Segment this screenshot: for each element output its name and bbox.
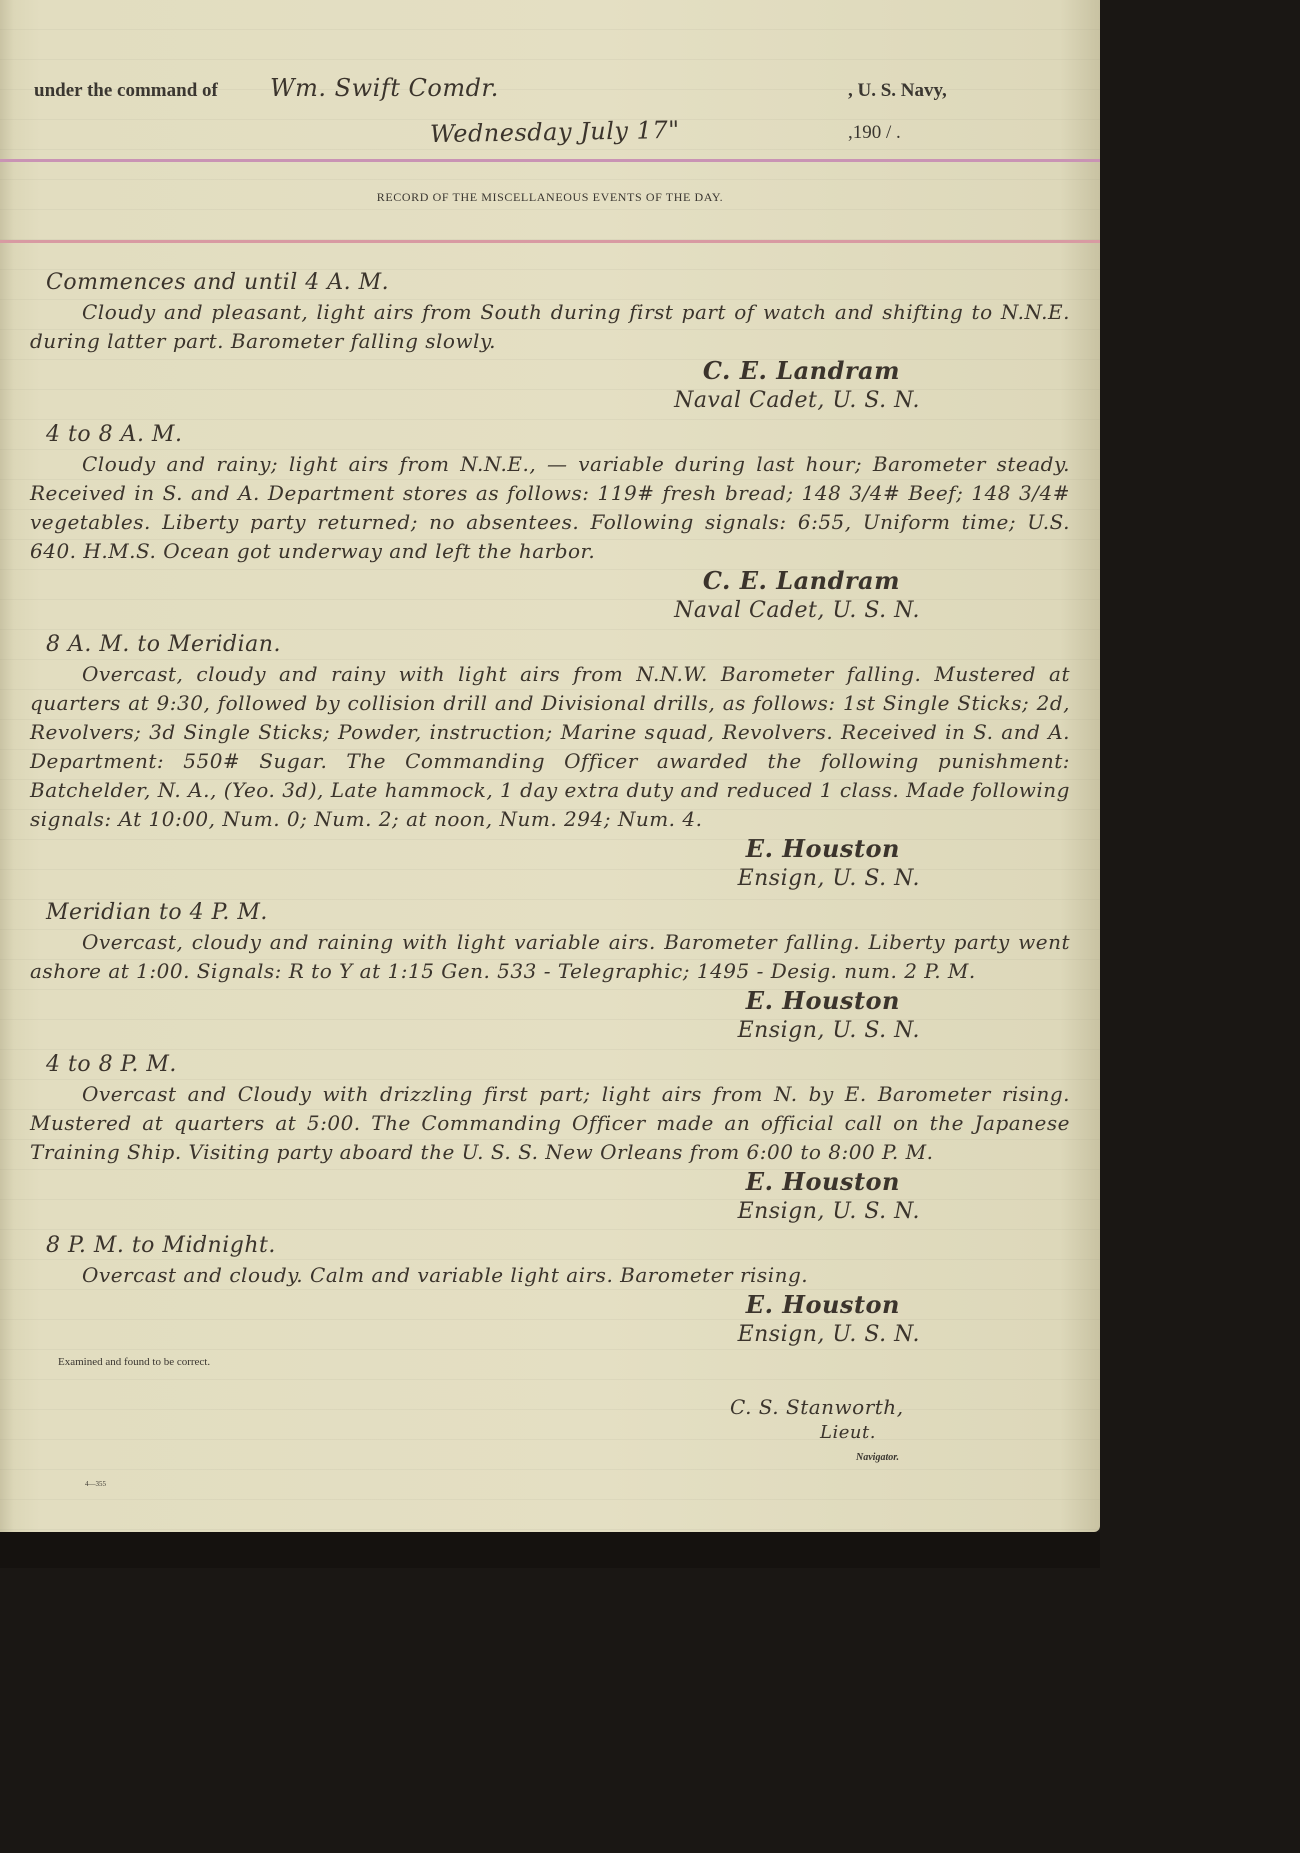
- watch-text: Overcast, cloudy and rainy with light ai…: [30, 660, 1070, 834]
- officer-rank: Ensign, U. S. N.: [30, 1016, 920, 1046]
- watch-heading: 8 P. M. to Midnight.: [30, 1231, 1070, 1261]
- officer-rank: Naval Cadet, U. S. N.: [30, 386, 920, 416]
- officer-signature: E. Houston: [30, 1167, 920, 1197]
- navigator-rank: Lieut.: [820, 1422, 876, 1443]
- navigator-label: Navigator.: [856, 1452, 899, 1463]
- officer-rank: Ensign, U. S. N.: [30, 864, 920, 894]
- section-rule: [0, 240, 1100, 243]
- command-label: under the command of: [34, 80, 218, 102]
- log-year: ,190 / .: [848, 122, 901, 144]
- watch-entry-midwatch: Commences and until 4 A. M. Cloudy and p…: [30, 268, 1070, 416]
- watch-signature: E. Houston Ensign, U. S. N.: [30, 986, 1070, 1046]
- service-label: , U. S. Navy,: [848, 80, 947, 102]
- watch-heading: Meridian to 4 P. M.: [30, 898, 1070, 928]
- log-date: Wednesday July 17": [430, 116, 680, 148]
- watch-entry-afternoon: Meridian to 4 P. M. Overcast, cloudy and…: [30, 898, 1070, 1046]
- officer-rank: Naval Cadet, U. S. N.: [30, 596, 920, 626]
- log-page: under the command of Wm. Swift Comdr. , …: [0, 0, 1100, 1532]
- watch-signature: E. Houston Ensign, U. S. N.: [30, 834, 1070, 894]
- watch-heading: Commences and until 4 A. M.: [30, 268, 1070, 298]
- officer-signature: C. E. Landram: [30, 566, 920, 596]
- form-number: 4—355: [85, 1480, 106, 1488]
- watch-text: Cloudy and pleasant, light airs from Sou…: [30, 298, 1070, 356]
- watch-heading: 8 A. M. to Meridian.: [30, 630, 1070, 660]
- watch-signature: E. Houston Ensign, U. S. N.: [30, 1290, 1070, 1350]
- watch-text: Overcast and Cloudy with drizzling first…: [30, 1080, 1070, 1167]
- officer-signature: C. E. Landram: [30, 356, 920, 386]
- watch-heading: 4 to 8 P. M.: [30, 1050, 1070, 1080]
- officer-signature: E. Houston: [30, 1290, 920, 1320]
- watch-heading: 4 to 8 A. M.: [30, 420, 1070, 450]
- watch-text: Overcast and cloudy. Calm and variable l…: [30, 1261, 1070, 1290]
- watch-entry-dog: 4 to 8 P. M. Overcast and Cloudy with dr…: [30, 1050, 1070, 1227]
- officer-rank: Ensign, U. S. N.: [30, 1320, 920, 1350]
- watch-entries: Commences and until 4 A. M. Cloudy and p…: [30, 268, 1070, 1354]
- watch-entry-morning: 4 to 8 A. M. Cloudy and rainy; light air…: [30, 420, 1070, 626]
- watch-signature: C. E. Landram Naval Cadet, U. S. N.: [30, 356, 1070, 416]
- watch-text: Overcast, cloudy and raining with light …: [30, 928, 1070, 986]
- watch-entry-forenoon: 8 A. M. to Meridian. Overcast, cloudy an…: [30, 630, 1070, 894]
- officer-rank: Ensign, U. S. N.: [30, 1197, 920, 1227]
- examined-label: Examined and found to be correct.: [58, 1356, 210, 1368]
- navigator-signature: C. S. Stanworth,: [730, 1395, 904, 1419]
- watch-entry-first: 8 P. M. to Midnight. Overcast and cloudy…: [30, 1231, 1070, 1350]
- officer-signature: E. Houston: [30, 834, 920, 864]
- watch-signature: C. E. Landram Naval Cadet, U. S. N.: [30, 566, 1070, 626]
- watch-signature: E. Houston Ensign, U. S. N.: [30, 1167, 1070, 1227]
- header-rule: [0, 159, 1100, 162]
- commander-name: Wm. Swift Comdr.: [270, 74, 499, 102]
- book-binding-shadow: [0, 1532, 1100, 1568]
- section-title: RECORD OF THE MISCELLANEOUS EVENTS OF TH…: [0, 190, 1100, 205]
- officer-signature: E. Houston: [30, 986, 920, 1016]
- watch-text: Cloudy and rainy; light airs from N.N.E.…: [30, 450, 1070, 566]
